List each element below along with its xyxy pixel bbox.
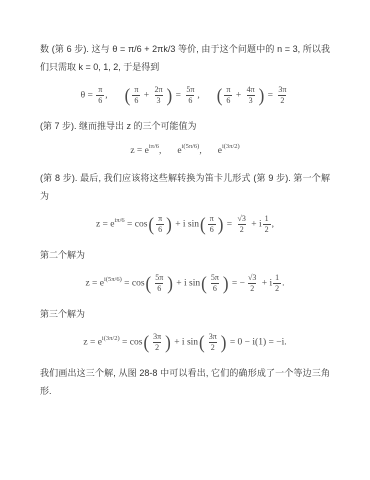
- fraction: 3π2: [207, 332, 219, 353]
- math-text: +: [141, 91, 151, 101]
- equation-second-solution: z = ei(5π/6) = cos(5π6) + i sin(5π6) = −…: [40, 273, 330, 294]
- fraction-numerator: 3π: [276, 85, 288, 95]
- paragraph-step8: (第 8 步). 最后, 我们应该将这些解转换为笛卡儿形式 (第 9 步). 第…: [40, 169, 330, 205]
- fraction-denominator: 3: [247, 95, 255, 106]
- fraction-denominator: 2: [209, 342, 217, 353]
- parenthesis: ): [166, 215, 172, 234]
- fraction-denominator: 6: [156, 224, 164, 235]
- math-text: + i sin: [172, 338, 198, 348]
- closing-paragraph: 我们画出这三个解, 从图 28-8 中可以看出, 它们的确形成了一个等边三角形.: [40, 364, 330, 400]
- equation-z-polar-values: z = eiπ/6,ei(5π/6),ei(3π/2): [40, 144, 330, 158]
- math-text: = cos: [125, 220, 148, 230]
- math-text: e: [177, 146, 181, 156]
- math-text: ,: [159, 146, 161, 156]
- fraction-numerator: 3π: [151, 332, 163, 342]
- parenthesis: (: [125, 86, 131, 105]
- math-text: = 0 − i(1) = −i.: [227, 338, 286, 348]
- math-text: = −: [230, 279, 245, 289]
- exponent: i(5π/6): [182, 143, 200, 150]
- equation-first-solution: z = eiπ/6 = cos(π6) + i sin(π6) = √32 + …: [40, 214, 330, 235]
- fraction: 3π2: [276, 85, 288, 106]
- textbook-page: 数 (第 6 步). 这与 θ = π/6 + 2πk/3 等价, 由于这个问题…: [0, 0, 370, 480]
- parenthesis: ): [218, 215, 224, 234]
- fraction: π6: [156, 214, 164, 235]
- fraction-numerator: 1: [273, 273, 281, 283]
- fraction-denominator: 2: [153, 342, 161, 353]
- math-text: .: [282, 279, 284, 289]
- fraction-denominator: 3: [155, 95, 163, 106]
- exponent: iπ/6: [149, 143, 159, 150]
- parenthesis: ): [167, 274, 173, 293]
- fraction-denominator: 6: [211, 283, 219, 294]
- fraction-numerator: √3: [236, 214, 248, 224]
- math-text: + i: [249, 220, 262, 230]
- parenthesis: ): [165, 333, 171, 352]
- fraction: 12: [263, 214, 271, 235]
- second-solution-label: 第二个解为: [40, 246, 330, 264]
- fraction: π6: [208, 214, 216, 235]
- page-content: 数 (第 6 步). 这与 θ = π/6 + 2πk/3 等价, 由于这个问题…: [0, 0, 370, 400]
- parenthesis: (: [148, 215, 154, 234]
- fraction-denominator: 2: [248, 283, 256, 294]
- equation-theta-values: θ = π6,(π6 + 2π3) = 5π6,(π6 + 4π3) = 3π2: [40, 85, 330, 106]
- math-text: z = e: [96, 220, 115, 230]
- math-text: +: [233, 91, 243, 101]
- paragraph-step7: (第 7 步). 继而推导出 z 的三个可能值为: [40, 117, 330, 135]
- fraction: 3π2: [151, 332, 163, 353]
- fraction: 2π3: [152, 85, 164, 106]
- exponent: i(3π/2): [102, 335, 120, 342]
- exponent: iπ/6: [114, 217, 124, 224]
- fraction-denominator: 2: [273, 283, 281, 294]
- fraction-numerator: π: [96, 85, 104, 95]
- fraction-numerator: π: [132, 85, 140, 95]
- math-text: = cos: [122, 279, 145, 289]
- parenthesis: ): [167, 86, 173, 105]
- fraction-numerator: π: [156, 214, 164, 224]
- third-solution-label: 第三个解为: [40, 305, 330, 323]
- fraction-denominator: 6: [155, 283, 163, 294]
- fraction-denominator: 2: [278, 95, 286, 106]
- fraction: 5π6: [184, 85, 196, 106]
- math-text: = cos: [120, 338, 143, 348]
- parenthesis: (: [146, 274, 152, 293]
- equation-third-solution: z = ei(3π/2) = cos(3π2) + i sin(3π2) = 0…: [40, 332, 330, 353]
- math-text: =: [224, 220, 234, 230]
- fraction: π6: [132, 85, 140, 106]
- math-text: θ =: [81, 91, 96, 101]
- exponent: i(5π/6): [104, 276, 122, 283]
- parenthesis: (: [201, 274, 207, 293]
- fraction: π6: [96, 85, 104, 106]
- fraction-denominator: 6: [96, 95, 104, 106]
- math-text: z = e: [83, 338, 102, 348]
- math-text: z = e: [130, 146, 149, 156]
- fraction: √32: [246, 273, 258, 294]
- fraction-numerator: 2π: [152, 85, 164, 95]
- fraction-numerator: √3: [246, 273, 258, 283]
- math-text: =: [265, 91, 275, 101]
- math-text: + i sin: [173, 220, 199, 230]
- math-text: + i: [259, 279, 272, 289]
- fraction: 12: [273, 273, 281, 294]
- fraction-numerator: 5π: [209, 273, 221, 283]
- parenthesis: (: [217, 86, 223, 105]
- fraction-numerator: 3π: [207, 332, 219, 342]
- fraction-numerator: 1: [263, 214, 271, 224]
- fraction: π6: [224, 85, 232, 106]
- fraction: 4π3: [245, 85, 257, 106]
- paragraph-step6: 数 (第 6 步). 这与 θ = π/6 + 2πk/3 等价, 由于这个问题…: [40, 40, 330, 76]
- fraction-numerator: π: [208, 214, 216, 224]
- fraction-denominator: 6: [208, 224, 216, 235]
- fraction: 5π6: [153, 273, 165, 294]
- fraction-denominator: 6: [186, 95, 194, 106]
- parenthesis: ): [221, 333, 227, 352]
- parenthesis: ): [259, 86, 265, 105]
- math-text: ,: [105, 91, 107, 101]
- math-text: ,: [197, 91, 199, 101]
- fraction-numerator: π: [224, 85, 232, 95]
- fraction-denominator: 2: [238, 224, 246, 235]
- math-text: z = e: [85, 279, 104, 289]
- parenthesis: ): [223, 274, 229, 293]
- fraction-numerator: 5π: [153, 273, 165, 283]
- fraction-numerator: 4π: [245, 85, 257, 95]
- fraction-denominator: 6: [132, 95, 140, 106]
- parenthesis: (: [143, 333, 149, 352]
- math-text: ,: [199, 146, 201, 156]
- fraction-numerator: 5π: [184, 85, 196, 95]
- fraction-denominator: 6: [224, 95, 232, 106]
- math-text: ,: [272, 220, 274, 230]
- math-text: + i sin: [174, 279, 200, 289]
- parenthesis: (: [200, 215, 206, 234]
- fraction-denominator: 2: [263, 224, 271, 235]
- parenthesis: (: [199, 333, 205, 352]
- fraction: 5π6: [209, 273, 221, 294]
- fraction: √32: [236, 214, 248, 235]
- exponent: i(3π/2): [222, 143, 240, 150]
- math-text: =: [173, 91, 183, 101]
